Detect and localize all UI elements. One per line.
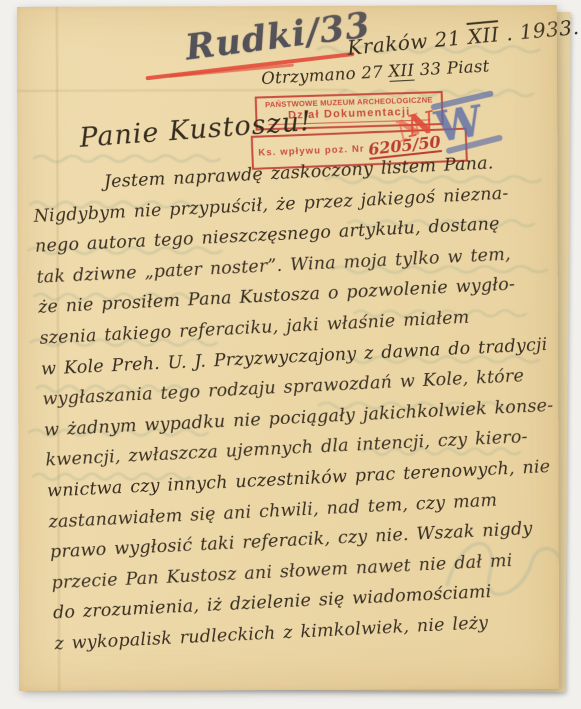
paper-aging-vignette [17,5,559,691]
letter-page: Rudki/33 Kraków 21 XII . 1933. Otrzymano… [17,5,559,691]
letter-photograph: Rudki/33 Kraków 21 XII . 1933. Otrzymano… [0,0,581,709]
